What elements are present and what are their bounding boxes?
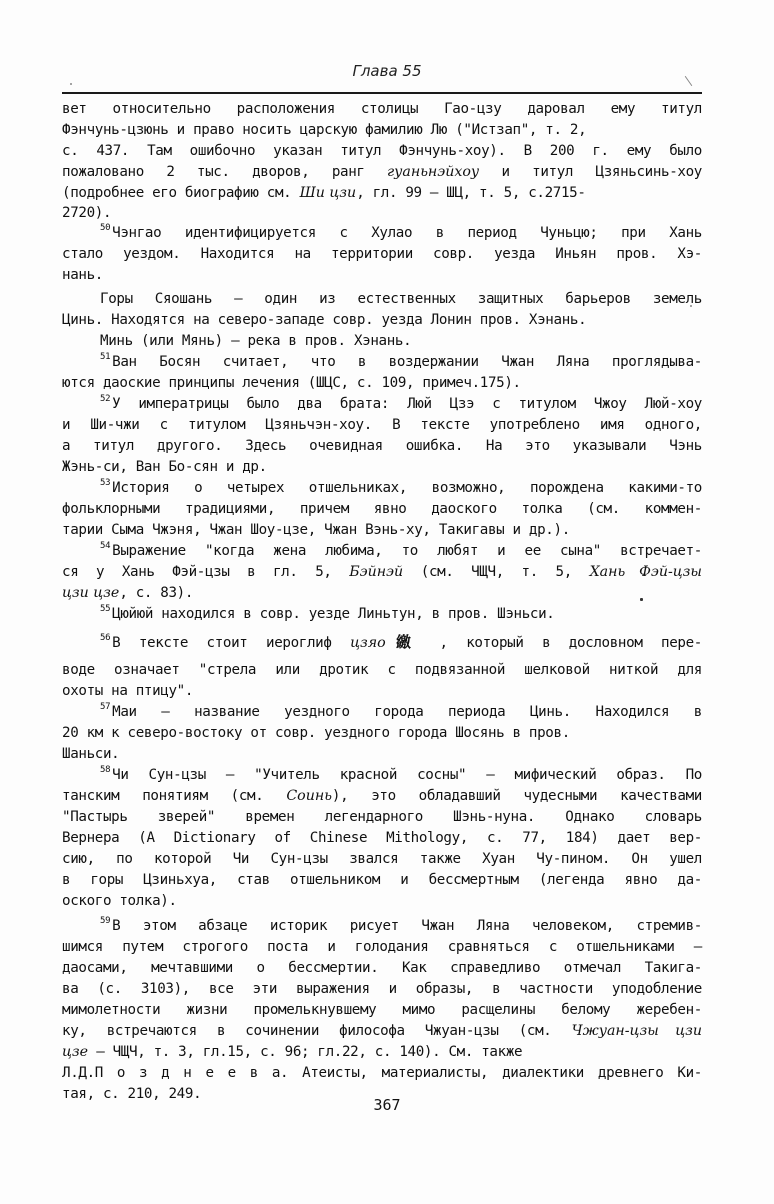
text-run: Л.Д.П о з д н е е в а. Атеисты, материал… (62, 1065, 702, 1081)
text-line: 50Чэнгао идентифицируется с Хулао в пери… (100, 224, 702, 242)
text-line: Вернера (A Dictionary of Chinese Mitholo… (62, 829, 702, 847)
text-line: нань. (62, 266, 702, 284)
text-line: 57Маи — название уездного города периода… (100, 703, 702, 721)
text-run: В этом абзаце историк рисует Чжан Ляна ч… (112, 918, 702, 934)
text-run: оского толка). (62, 893, 177, 909)
footnote-number: 51 (100, 352, 110, 362)
text-run: 20 км к северо-востоку от совр. уездного… (62, 725, 570, 741)
text-line: вет относительно расположения столицы Га… (62, 100, 702, 118)
footnote-number: 54 (100, 541, 110, 551)
text-run: Горы Сяошань — один из естественных защи… (100, 291, 702, 307)
scan-speck (640, 598, 643, 601)
header-rule (62, 92, 702, 94)
text-run: ся у Хань Фэй-цзы в гл. 5, (62, 564, 349, 580)
italic-term: гуаньнэйхоу (387, 164, 479, 180)
text-line: 20 км к северо-востоку от совр. уездного… (62, 724, 702, 742)
footnote-number: 59 (100, 916, 110, 926)
text-line: оского толка). (62, 892, 702, 910)
text-run: стало уездом. Находится на территории со… (62, 246, 702, 262)
text-line: с. 437. Там ошибочно указан титул Фэнчун… (62, 142, 702, 160)
text-run: нань. (62, 267, 103, 283)
text-run: фольклорными традициями, причем явно дао… (62, 501, 702, 517)
text-line: фольклорными традициями, причем явно дао… (62, 500, 702, 518)
italic-term: Ши цзи (300, 185, 357, 201)
text-line: стало уездом. Находится на территории со… (62, 245, 702, 263)
text-run: Цюйюй находился в совр. уезде Линьтун, в… (112, 606, 554, 622)
book-page: Глава 55 вет относительно расположения с… (0, 0, 774, 1204)
text-run: Жэнь-си, Ван Бо-сян и др. (62, 459, 267, 475)
text-run: а титул другого. Здесь очевидная ошибка.… (62, 438, 702, 454)
text-line: шимся путем строгого поста и голодания с… (62, 938, 702, 956)
text-run: танским понятиям (см. (62, 788, 286, 804)
text-run: У императрицы было два брата: Люй Цзэ с … (112, 396, 702, 412)
text-line: 52У императрицы было два брата: Люй Цзэ … (100, 395, 702, 413)
text-run: в горы Цзиньхуа, став отшельником и бесс… (62, 872, 702, 888)
text-line: "Пастырь зверей" времен легендарного Шэн… (62, 808, 702, 826)
footnote-number: 53 (100, 478, 110, 488)
footnote-number: 58 (100, 765, 110, 775)
text-line: охоты на птицу". (62, 682, 702, 700)
text-run: 2720). (62, 205, 111, 221)
italic-term: Соинь (286, 788, 332, 804)
text-line: Жэнь-си, Ван Бо-сян и др. (62, 458, 702, 476)
running-head-title: Глава 55 (0, 62, 774, 80)
text-run: Шаньси. (62, 746, 119, 762)
text-run: шимся путем строгого поста и голодания с… (62, 939, 702, 955)
footnote-number: 56 (100, 633, 110, 643)
text-line: (подробнее его биографию см. Ши цзи, гл.… (62, 184, 702, 202)
scan-speck (690, 305, 692, 307)
chinese-character: 繳 (386, 633, 421, 651)
text-line: сию, по которой Чи Сун-цзы звался также … (62, 850, 702, 868)
text-run: , гл. 99 — ШЦ, т. 5, с.2715- (356, 185, 585, 201)
text-run: и Ши-чжи с титулом Цзяньчэн-хоу. В текст… (62, 417, 702, 433)
text-run: ку, встречаются в сочинении философа Чжу… (62, 1023, 572, 1039)
italic-term: Чжуан-цзы цзи (572, 1023, 702, 1039)
text-run: Цинь. Находятся на северо-западе совр. у… (62, 312, 586, 328)
text-run: даосами, мечтавшими о бессмертии. Как сп… (62, 960, 702, 976)
text-line: ва (с. 3103), все эти выражения и образы… (62, 980, 702, 998)
text-run: В тексте стоит иероглиф (112, 635, 350, 651)
text-run: сию, по которой Чи Сун-цзы звался также … (62, 851, 702, 867)
text-run: (см. ЧЩЧ, т. 5, (403, 564, 589, 580)
text-line: 51Ван Босян считает, что в воздержании Ч… (100, 353, 702, 371)
text-run: пожаловано 2 тыс. дворов, ранг (62, 164, 387, 180)
text-run: Вернера (A Dictionary of Chinese Mitholo… (62, 830, 702, 846)
text-line: Горы Сяошань — один из естественных защи… (100, 290, 702, 308)
text-line: Л.Д.П о з д н е е в а. Атеисты, материал… (62, 1064, 702, 1082)
text-line: ку, встречаются в сочинении философа Чжу… (62, 1022, 702, 1040)
text-line: воде означает "стрела или дротик с подвя… (62, 661, 702, 679)
page-number: 367 (0, 1096, 774, 1114)
text-line: Шаньси. (62, 745, 702, 763)
text-line: 53История о четырех отшельниках, возможн… (100, 479, 702, 497)
text-line: даосами, мечтавшими о бессмертии. Как сп… (62, 959, 702, 977)
italic-term: Хань Фэй-цзы (590, 564, 702, 580)
text-run: ), это обладавший чудесными качествами (332, 788, 702, 804)
text-run: Маи — название уездного города периода Ц… (112, 704, 702, 720)
text-line: мимолетности жизни промелькнувшему мимо … (62, 1001, 702, 1019)
text-line: Цинь. Находятся на северо-западе совр. у… (62, 311, 702, 329)
text-run: тарии Сыма Чжэня, Чжан Шоу-цзе, Чжан Вэн… (62, 522, 570, 538)
text-line: пожаловано 2 тыс. дворов, ранг гуаньнэйх… (62, 163, 702, 181)
text-run: , с. 83). (119, 585, 193, 601)
text-run: охоты на птицу". (62, 683, 193, 699)
text-run: Минь (или Мянь) — река в пров. Хэнань. (100, 333, 411, 349)
text-run: воде означает "стрела или дротик с подвя… (62, 662, 702, 678)
text-line: ся у Хань Фэй-цзы в гл. 5, Бэйнэй (см. Ч… (62, 563, 702, 581)
text-run: История о четырех отшельниках, возможно,… (112, 480, 702, 496)
text-run: ва (с. 3103), все эти выражения и образы… (62, 981, 702, 997)
text-run: Выражение "когда жена любима, то любят и… (112, 543, 702, 559)
text-line: 58Чи Сун-цзы — "Учитель красной сосны" —… (100, 766, 702, 784)
italic-term: цзе (62, 1044, 88, 1060)
text-run: с. 437. Там ошибочно указан титул Фэнчун… (62, 143, 702, 159)
text-run: вет относительно расположения столицы Га… (62, 101, 702, 117)
italic-term: Бэйнэй (349, 564, 403, 580)
text-line: Фэнчунь-цзюнь и право носить царскую фам… (62, 121, 702, 139)
text-line: тарии Сыма Чжэня, Чжан Шоу-цзе, Чжан Вэн… (62, 521, 702, 539)
text-run: (подробнее его биографию см. (62, 185, 300, 201)
footnote-number: 52 (100, 394, 110, 404)
text-line: 56В тексте стоит иероглиф цзяо繳 , которы… (100, 633, 702, 652)
text-run: Фэнчунь-цзюнь и право носить царскую фам… (62, 122, 586, 138)
text-run: "Пастырь зверей" времен легендарного Шэн… (62, 809, 702, 825)
text-line: 54Выражение "когда жена любима, то любят… (100, 542, 702, 560)
text-run: , который в дословном пере- (421, 635, 702, 651)
italic-term: цзи цзе (62, 585, 119, 601)
footnote-number: 50 (100, 223, 110, 233)
footnote-number: 55 (100, 604, 110, 614)
text-line: 59В этом абзаце историк рисует Чжан Ляна… (100, 917, 702, 935)
text-line: ются даоские принципы лечения (ШЦС, с. 1… (62, 374, 702, 392)
footnote-number: 57 (100, 702, 110, 712)
text-run: — ЧЩЧ, т. 3, гл.15, с. 96; гл.22, с. 140… (88, 1044, 522, 1060)
text-line: цзе — ЧЩЧ, т. 3, гл.15, с. 96; гл.22, с.… (62, 1043, 702, 1061)
text-line: и Ши-чжи с титулом Цзяньчэн-хоу. В текст… (62, 416, 702, 434)
text-line: 55Цюйюй находился в совр. уезде Линьтун,… (100, 605, 702, 623)
text-line: Минь (или Мянь) — река в пров. Хэнань. (100, 332, 702, 350)
italic-term: цзяо (350, 635, 386, 651)
text-run: Ван Босян считает, что в воздержании Чжа… (112, 354, 702, 370)
text-line: в горы Цзиньхуа, став отшельником и бесс… (62, 871, 702, 889)
scan-speck (70, 83, 72, 85)
text-run: Чи Сун-цзы — "Учитель красной сосны" — м… (112, 767, 702, 783)
text-run: ются даоские принципы лечения (ШЦС, с. 1… (62, 375, 521, 391)
text-line: цзи цзе, с. 83). (62, 584, 702, 602)
text-run: Чэнгао идентифицируется с Хулао в период… (112, 225, 702, 241)
text-line: 2720). (62, 204, 702, 222)
text-run: мимолетности жизни промелькнувшему мимо … (62, 1002, 702, 1018)
text-line: танским понятиям (см. Соинь), это облада… (62, 787, 702, 805)
text-run: и титул Цзяньсинь-хоу (479, 164, 702, 180)
text-line: а титул другого. Здесь очевидная ошибка.… (62, 437, 702, 455)
